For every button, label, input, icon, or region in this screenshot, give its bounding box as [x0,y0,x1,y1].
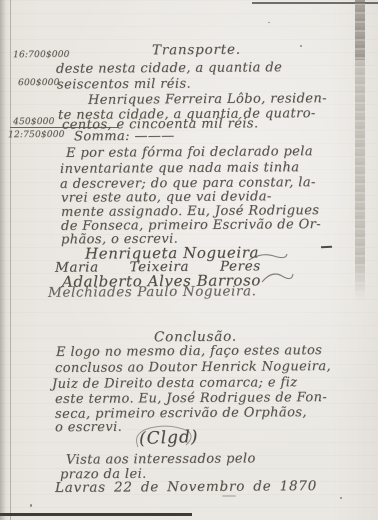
section-heading-transporte: Transporte. [152,42,241,59]
right-binding-band [355,0,365,300]
rubric-flourish-oval [130,423,196,455]
margin-figure-item2: 450$000 [13,117,55,127]
manuscript-line: inventariante que nada mais tinha [60,160,300,177]
manuscript-page: 16:700$000 600$000 450$000 12:750$000 Tr… [0,0,378,520]
manuscript-line: Somma: ——— [74,129,175,145]
manuscript-line: E por esta fórma foi declarado pela [66,144,313,161]
margin-figure-total: 12:750$000 [8,130,65,140]
left-edge-shadow [0,0,6,520]
manuscript-line: Juiz de Direito desta comarca; e fiz [52,375,298,392]
paper-speck [340,497,342,499]
dateline: Lavras 22 de Novembro de 1870 [55,478,317,496]
manuscript-line: deste nesta cidade, a quantia de [56,60,282,77]
manuscript-line: Vista aos interessados pelo [66,451,256,467]
margin-figure-transport: 16:700$000 [13,50,70,60]
left-fold-line [10,0,11,520]
signature-flourish [260,268,294,286]
paper-speck [268,22,270,23]
manuscript-line: E logo no mesmo dia, faço estes autos [56,343,322,360]
paper-speck [222,495,236,497]
bottom-left-scan-line [0,513,192,516]
paper-speck [30,504,32,507]
manuscript-line: o escrevi. [55,420,122,435]
paper-speck [300,45,302,47]
small-dash-mark [321,246,332,249]
signature-melchiades-paulo-nogueira: Melchiades Paulo Nogueira. [48,283,257,300]
margin-figure-item1: 600$000 [18,78,60,88]
manuscript-line: seiscentos mil réis. [57,77,191,93]
manuscript-line: conclusos ao Doutor Henrick Nogueira, [55,359,331,376]
